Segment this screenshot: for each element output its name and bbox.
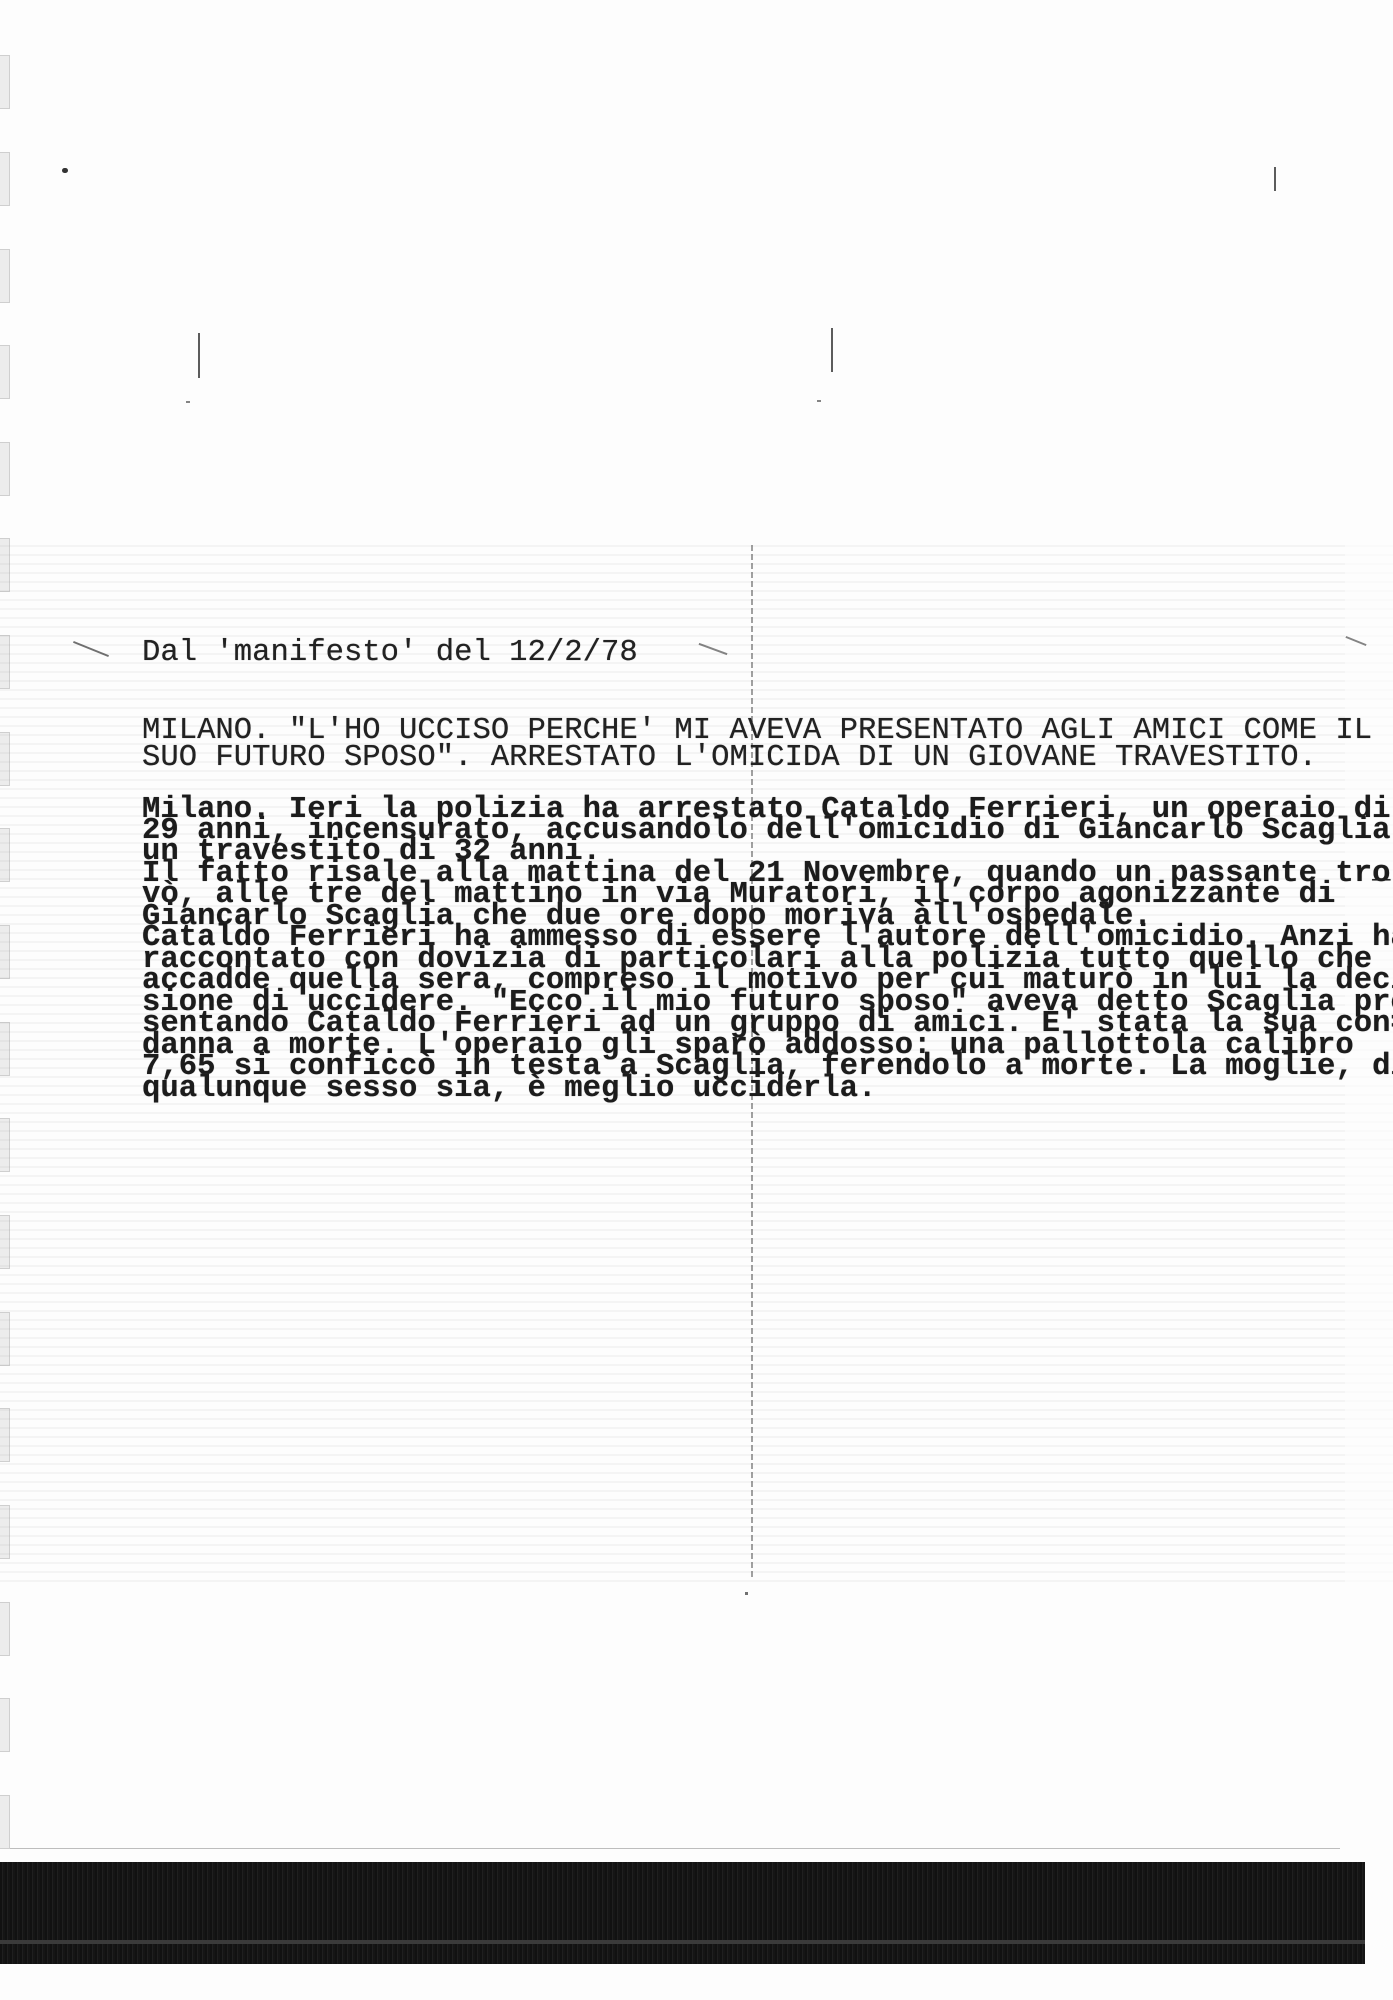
scanned-page: Dal 'manifesto' del 12/2/78 MILANO. "L'H… <box>0 0 1393 2000</box>
source-line: Dal 'manifesto' del 12/2/78 <box>142 640 638 667</box>
binder-tab <box>0 152 10 206</box>
binder-tab <box>0 442 10 496</box>
ink-dot <box>186 401 190 403</box>
body-line: qualunque sesso sia, è meglio ucciderla. <box>142 1076 876 1103</box>
punch-mark <box>1274 167 1276 191</box>
page-edge-rule <box>10 1848 1340 1849</box>
binder-tab <box>0 55 10 109</box>
binder-tab <box>0 1602 10 1656</box>
ink-dot <box>62 168 68 173</box>
binder-tab <box>0 345 10 399</box>
scanner-shadow-band <box>0 1862 1365 1964</box>
binder-tab <box>0 1795 10 1849</box>
binder-tab <box>0 249 10 303</box>
ink-dot <box>817 400 821 402</box>
punch-mark <box>198 333 200 378</box>
punch-mark <box>831 328 833 372</box>
ink-dot <box>745 1592 748 1595</box>
headline-line: SUO FUTURO SPOSO". ARRESTATO L'OMICIDA D… <box>142 745 1317 772</box>
binder-tab <box>0 1698 10 1752</box>
